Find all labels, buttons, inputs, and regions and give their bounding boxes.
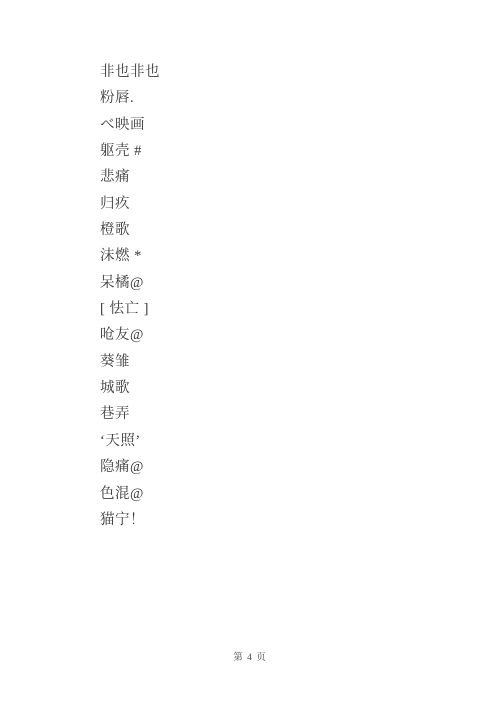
list-item: 呛友@ bbox=[100, 322, 460, 348]
nickname-list: 非也非也 粉唇. べ映画 躯壳 # 悲痛 归疚 橙歌 沫燃 * 呆橘@ [ 怯亡… bbox=[100, 59, 460, 533]
list-item: 猫宁！ bbox=[100, 507, 460, 533]
list-item: 隐痛@ bbox=[100, 454, 460, 480]
list-item: 葵雏 bbox=[100, 349, 460, 375]
list-item: 色混@ bbox=[100, 481, 460, 507]
list-item: [ 怯亡 ] bbox=[100, 296, 460, 322]
list-item: 沫燃 * bbox=[100, 243, 460, 269]
list-item: 呆橘@ bbox=[100, 270, 460, 296]
list-item: 躯壳 # bbox=[100, 138, 460, 164]
list-item: 橙歌 bbox=[100, 217, 460, 243]
document-page: 非也非也 粉唇. べ映画 躯壳 # 悲痛 归疚 橙歌 沫燃 * 呆橘@ [ 怯亡… bbox=[0, 0, 500, 708]
list-item: 非也非也 bbox=[100, 59, 460, 85]
list-item: 巷弄 bbox=[100, 401, 460, 427]
list-item: 悲痛 bbox=[100, 164, 460, 190]
list-item: 城歌 bbox=[100, 375, 460, 401]
list-item: 归疚 bbox=[100, 191, 460, 217]
page-number: 第 4 页 bbox=[233, 653, 267, 663]
list-item: 粉唇. bbox=[100, 85, 460, 111]
list-item: べ映画 bbox=[100, 112, 460, 138]
list-item: ‘天照’ bbox=[100, 428, 460, 454]
page-footer: 第 4 页 bbox=[0, 647, 500, 665]
